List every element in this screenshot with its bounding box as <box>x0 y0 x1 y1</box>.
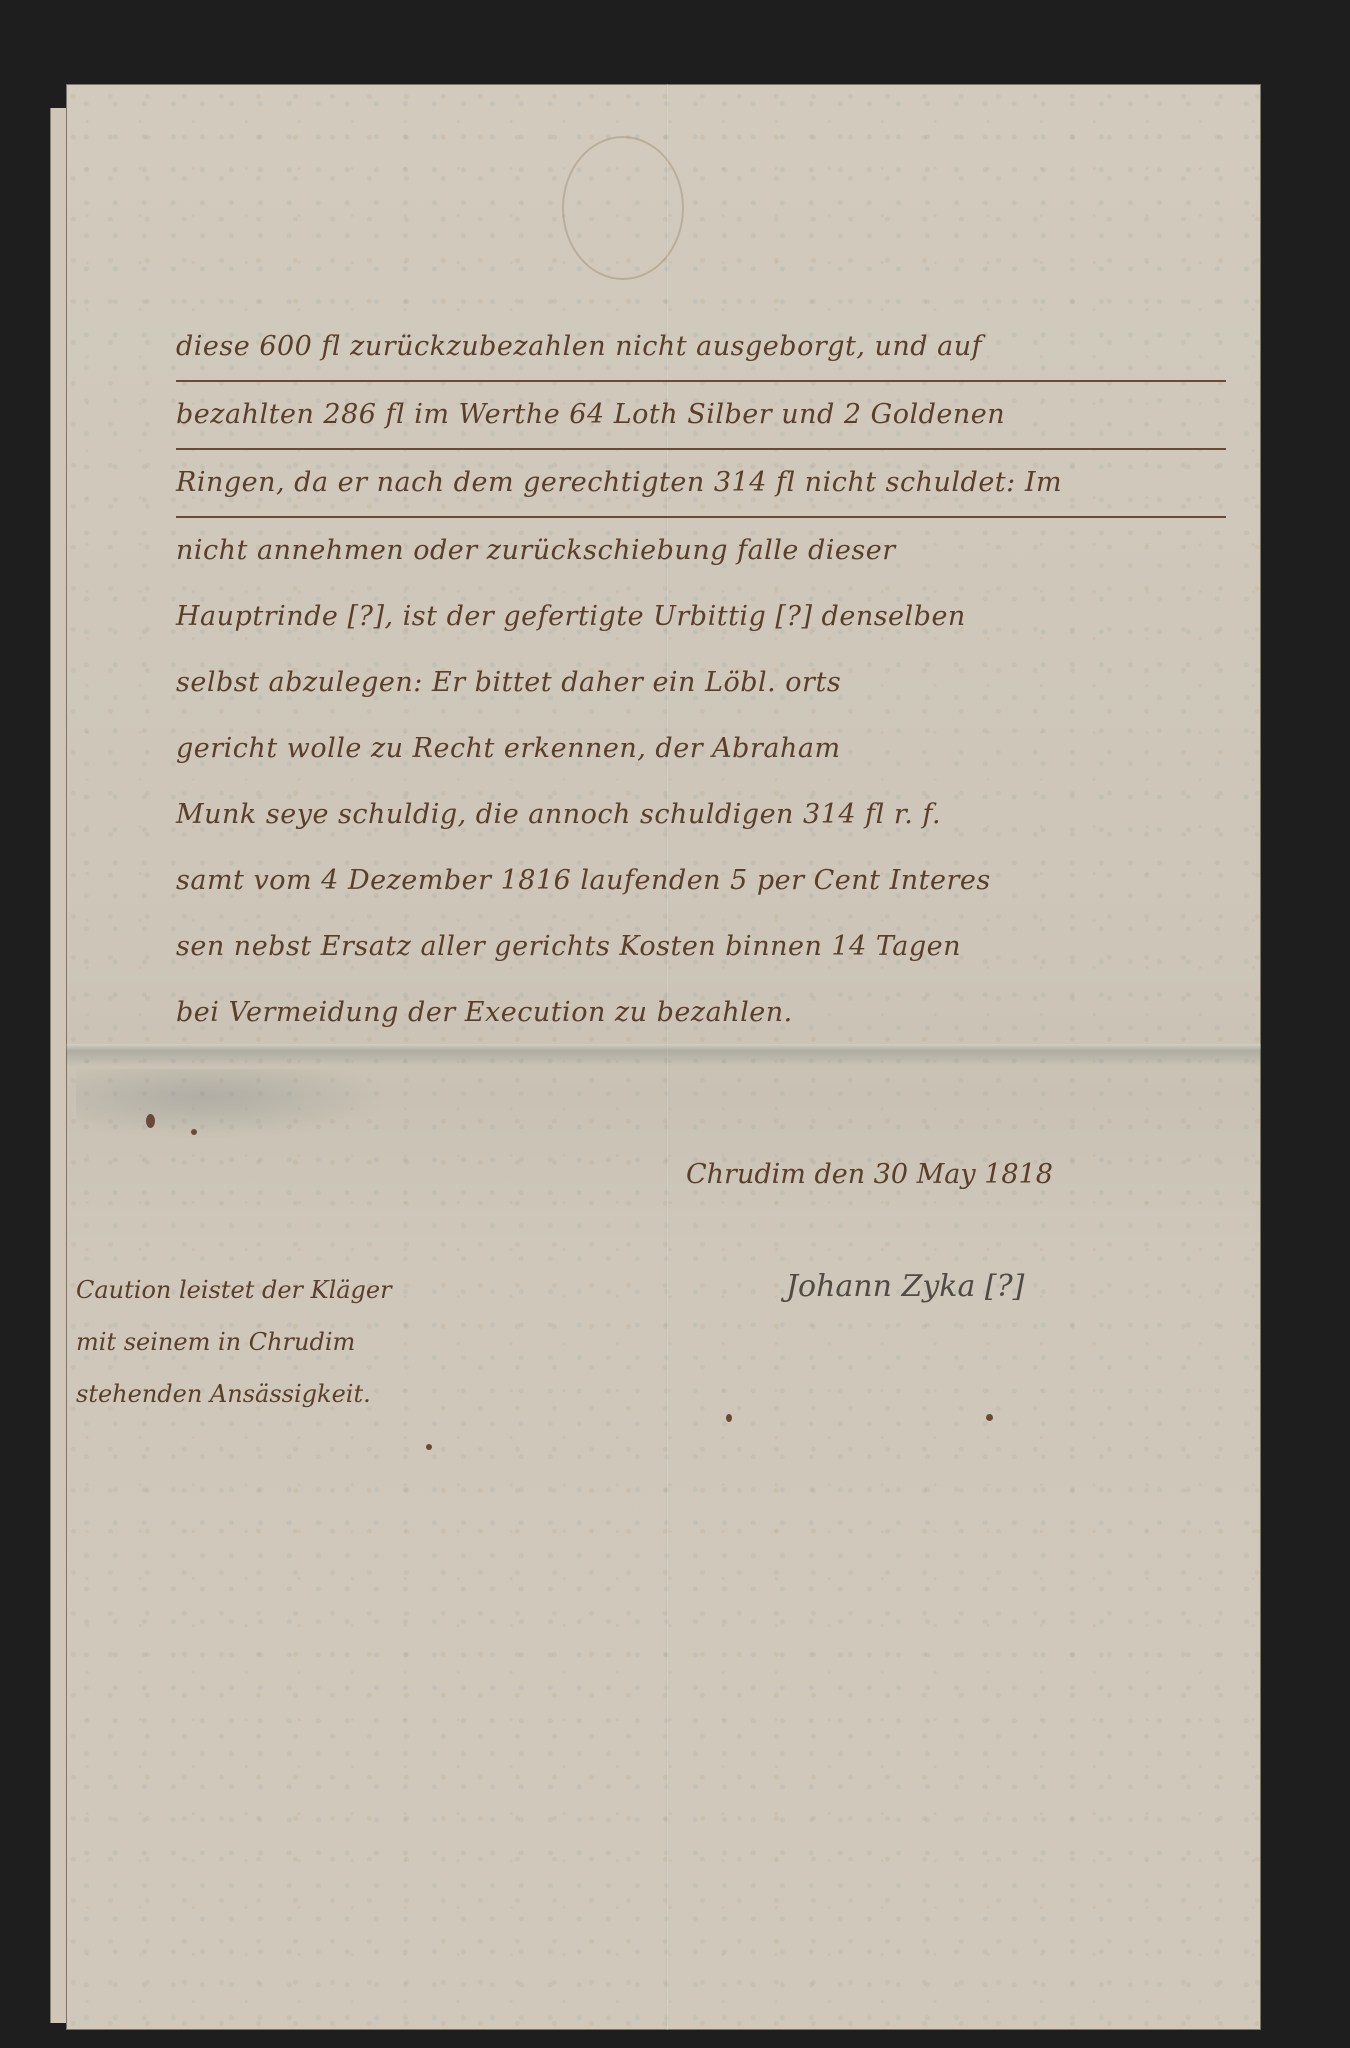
body-line: bezahlten 286 fl im Werthe 64 Loth Silbe… <box>176 382 1226 450</box>
body-line: samt vom 4 Dezember 1816 laufenden 5 per… <box>176 848 1226 914</box>
water-stain <box>76 1069 396 1139</box>
body-line: selbst abzulegen: Er bittet daher ein Lö… <box>176 650 1226 716</box>
ink-spot <box>986 1414 993 1421</box>
marginal-note-line: Caution leistet der Kläger <box>76 1264 536 1316</box>
body-line: bei Vermeidung der Execution zu bezahlen… <box>176 980 1226 1046</box>
body-line: sen nebst Ersatz aller gerichts Kosten b… <box>176 914 1226 980</box>
ink-spot <box>726 1414 732 1422</box>
ink-spot <box>191 1129 197 1135</box>
body-line: Hauptrinde [?], ist der gefertigte Urbit… <box>176 584 1226 650</box>
place-and-date: Chrudim den 30 May 1818 <box>686 1159 1053 1190</box>
body-line: diese 600 fl zurückzubezahlen nicht ausg… <box>176 314 1226 382</box>
body-line: nicht annehmen oder zurückschiebung fall… <box>176 518 1226 584</box>
document-sheet: diese 600 fl zurückzubezahlen nicht ausg… <box>66 84 1261 2030</box>
horizontal-fold-line <box>66 1044 1261 1066</box>
ink-spot <box>146 1114 155 1128</box>
marginal-note-line: stehenden Ansässigkeit. <box>76 1368 536 1420</box>
marginal-note-line: mit seinem in Chrudim <box>76 1316 536 1368</box>
marginal-note: Caution leistet der Kläger mit seinem in… <box>76 1264 536 1420</box>
signature: Johann Zyka [?] <box>786 1269 1024 1304</box>
body-text: diese 600 fl zurückzubezahlen nicht ausg… <box>176 314 1226 1046</box>
ink-spot <box>426 1444 432 1450</box>
body-line: gericht wolle zu Recht erkennen, der Abr… <box>176 716 1226 782</box>
body-line: Munk seye schuldig, die annoch schuldige… <box>176 782 1226 848</box>
body-line: Ringen, da er nach dem gerechtigten 314 … <box>176 450 1226 518</box>
